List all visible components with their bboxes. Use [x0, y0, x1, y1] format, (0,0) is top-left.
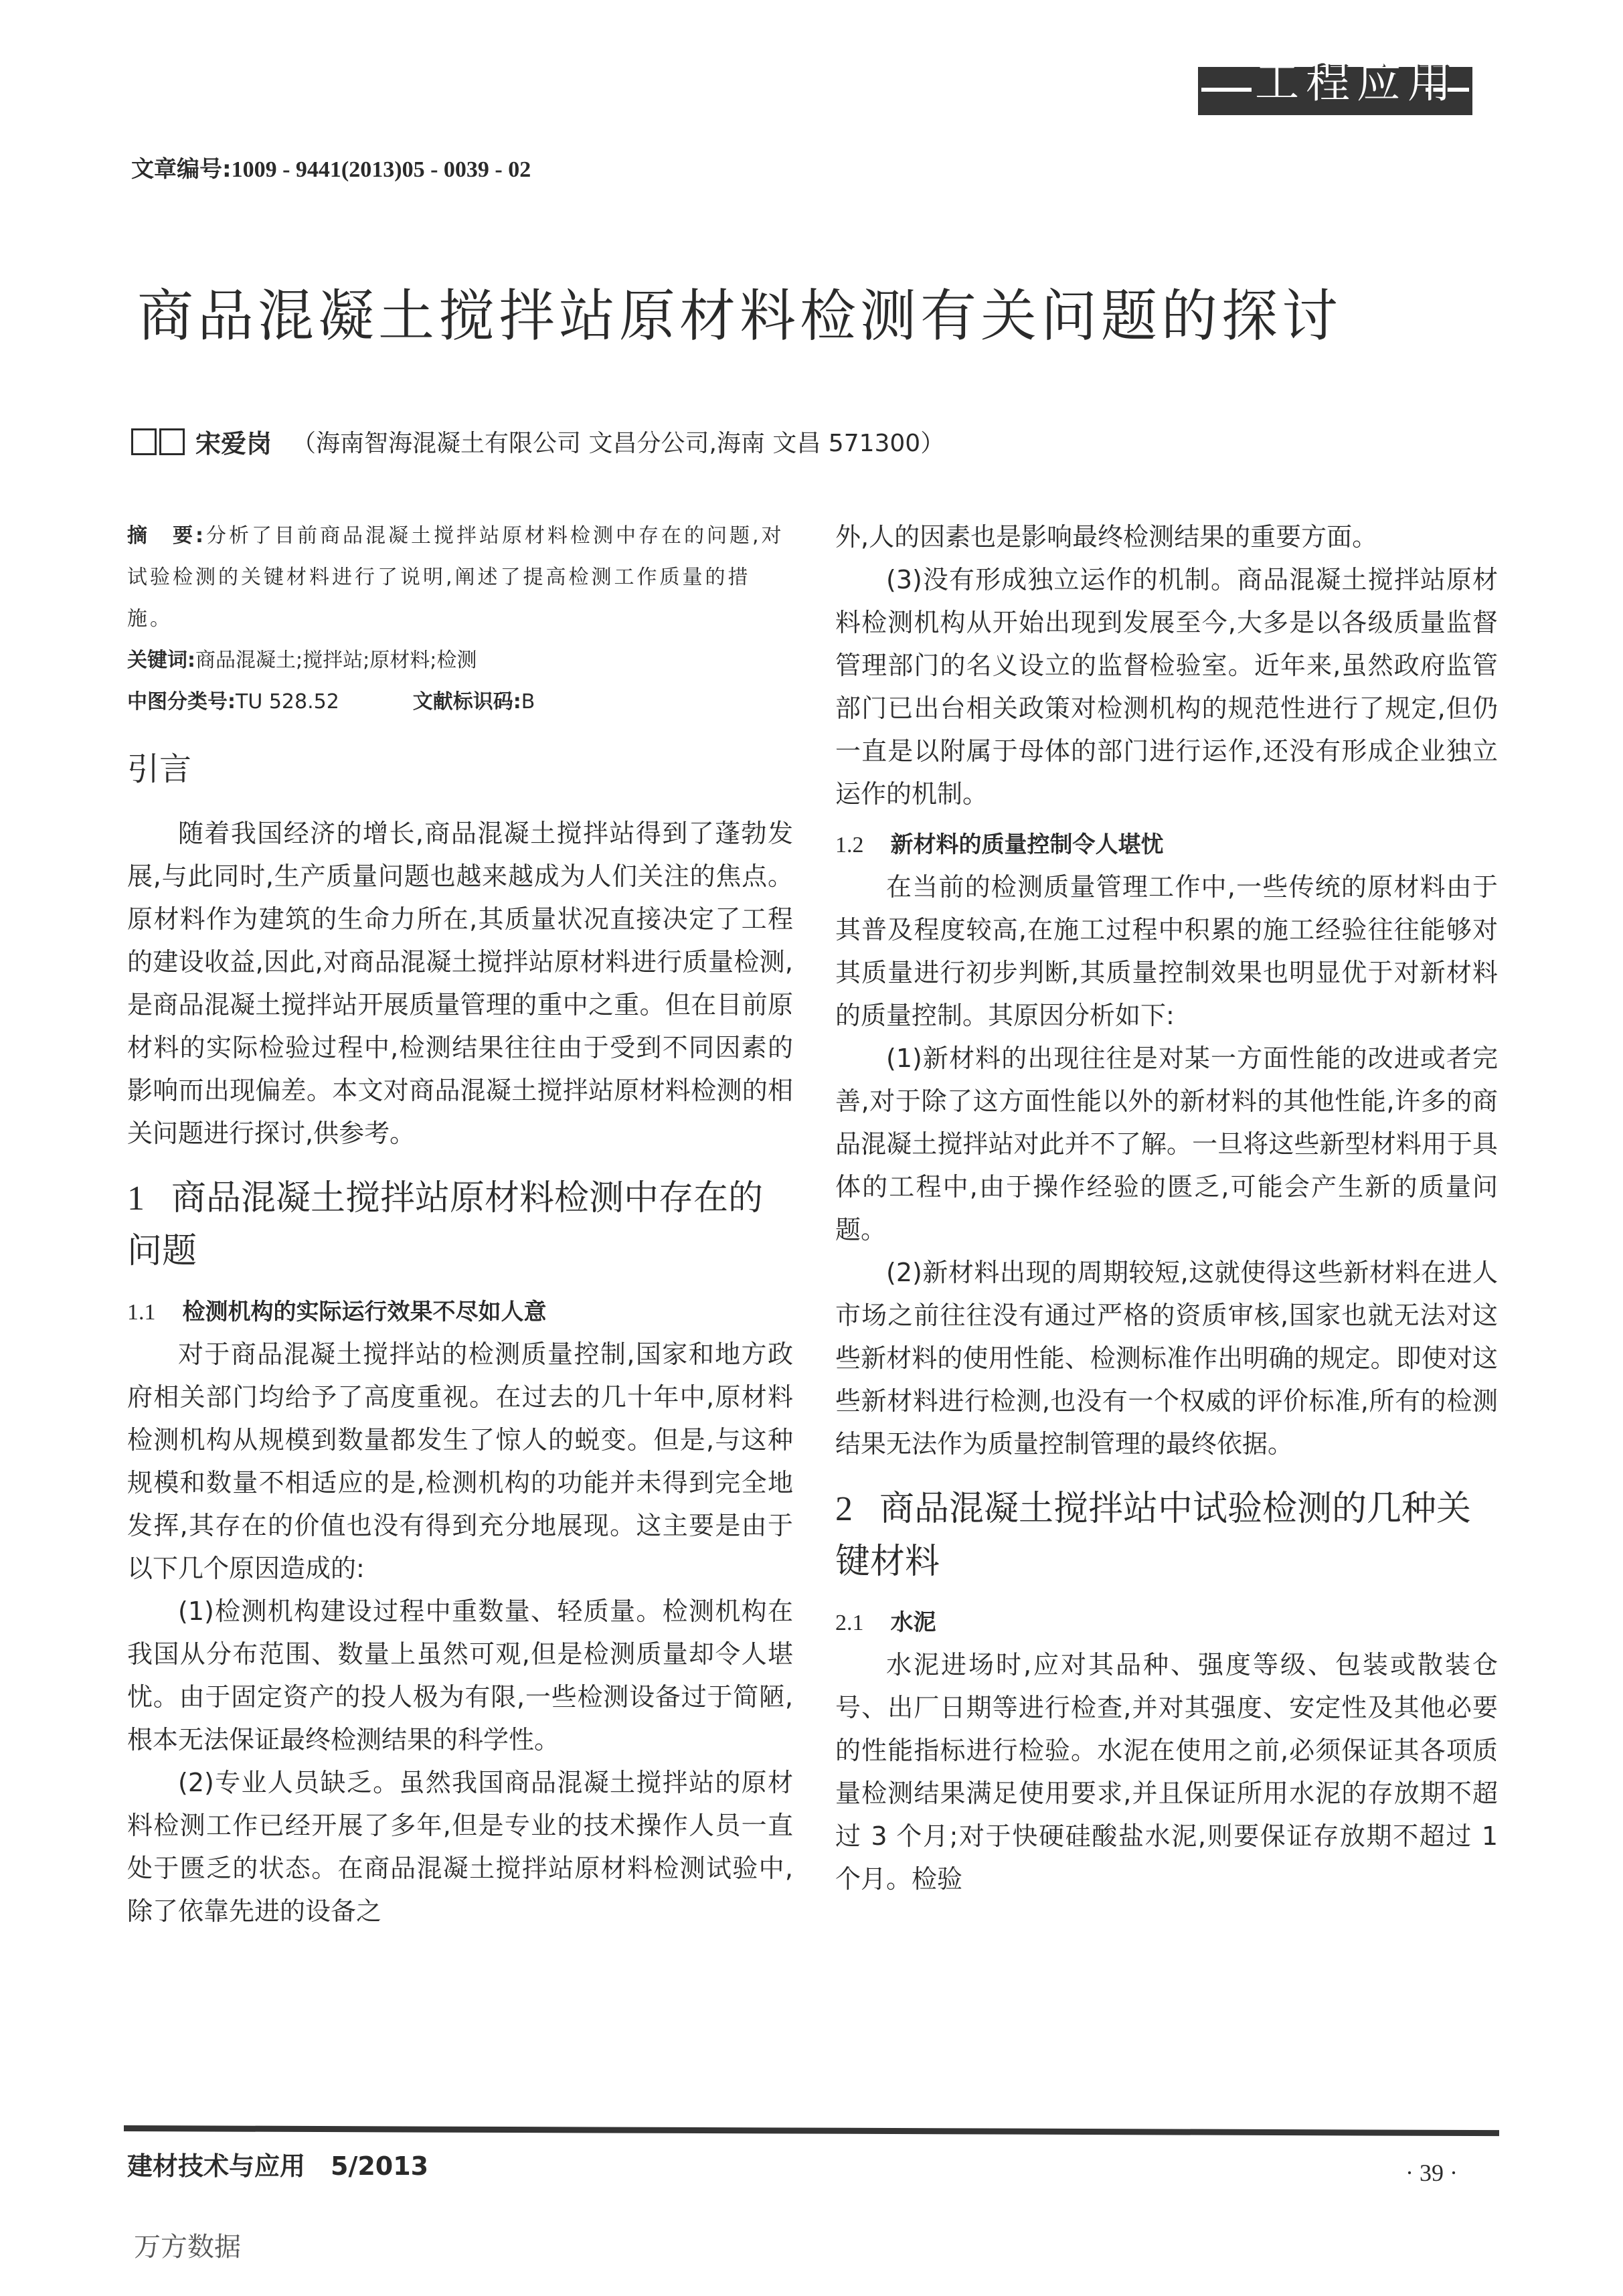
intro-heading: 引言 [127, 743, 793, 789]
journal-name: 建材技术与应用 5/2013 [127, 2145, 428, 2182]
section-1-2-paragraph: 在当前的检测质量管理工作中,一些传统的原材料由于其普及程度较高,在施工过程中积累… [835, 866, 1498, 1037]
author-affiliation: （海南智海混凝土有限公司 文昌分公司,海南 文昌 571300） [292, 424, 944, 459]
classification: 中图分类号:TU 528.52文献标识码:B [127, 681, 793, 723]
footer-rule [124, 2125, 1499, 2136]
banner-rule-left [1201, 88, 1252, 92]
subsection-title: 新材料的质量控制令人堪忧 [891, 831, 1164, 858]
section-1-2-item-1: (1)新材料的出现往往是对某一方面性能的改进或者完善,对于除了这方面性能以外的新… [835, 1037, 1498, 1251]
doc-code-label: 文献标识码: [413, 690, 521, 714]
section-title: 商品混凝土搅拌站原材料检测中存在的问题 [127, 1178, 763, 1271]
list-item-2-continued: 外,人的因素也是影响最终检测结果的重要方面。 [835, 515, 1498, 558]
watermark: 万方数据 [134, 2226, 241, 2264]
section-1-2-heading: 1.2新材料的质量控制令人堪忧 [835, 827, 1498, 863]
clc-label: 中图分类号: [127, 690, 236, 714]
subsection-number: 1.2 [835, 833, 864, 857]
section-1-2-item-2: (2)新材料出现的周期较短,这就使得这些新材料在进人市场之前往往没有通过严格的资… [835, 1251, 1498, 1465]
keywords: 关键词:商品混凝土;搅拌站;原材料;检测 [127, 640, 793, 681]
author-marker-icon [131, 428, 185, 455]
section-1-1-heading: 1.1检测机构的实际运行效果不尽如人意 [127, 1295, 793, 1330]
doc-code-value: B [521, 690, 535, 714]
section-2-heading: 2商品混凝土搅拌站中试验检测的几种关键材料 [835, 1483, 1498, 1588]
article-number-value: 1009 - 9441(2013)05 - 0039 - 02 [232, 157, 531, 182]
article-number-label: 文章编号: [131, 156, 232, 183]
section-2-1-heading: 2.1水泥 [835, 1605, 1498, 1641]
abstract: 摘 要:分析了目前商品混凝土搅拌站原材料检测中存在的问题,对试验检测的关键材料进… [127, 515, 793, 640]
abstract-label: 摘 要: [127, 524, 206, 548]
list-item-2: (2)专业人员缺乏。虽然我国商品混凝土搅拌站的原材料检测工作已经开展了多年,但是… [127, 1761, 793, 1933]
intro-paragraph: 随着我国经济的增长,商品混凝土搅拌站得到了蓬勃发展,与此同时,生产质量问题也越来… [127, 812, 793, 1155]
author-name: 宋爱岗 [195, 423, 272, 460]
right-column: 外,人的因素也是影响最终检测结果的重要方面。 (3)没有形成独立运作的机制。商品… [835, 515, 1498, 1900]
keywords-value: 商品混凝土;搅拌站;原材料;检测 [195, 649, 477, 672]
subsection-title: 水泥 [891, 1609, 936, 1636]
section-number: 1 [127, 1179, 145, 1218]
square-icon [131, 428, 157, 455]
section-banner-label: 工程应用 [1255, 52, 1458, 112]
subsection-number: 2.1 [835, 1611, 864, 1635]
subsection-number: 1.1 [127, 1300, 156, 1325]
page-title: 商品混凝土搅拌站原材料检测有关问题的探讨 [137, 271, 1342, 352]
square-icon [159, 428, 185, 455]
section-2-1-paragraph: 水泥进场时,应对其品种、强度等级、包装或散装仓号、出厂日期等进行检查,并对其强度… [835, 1643, 1498, 1900]
page-number: · 39 · [1405, 2159, 1458, 2187]
keywords-label: 关键词: [127, 649, 195, 672]
byline: 宋爱岗 （海南智海混凝土有限公司 文昌分公司,海南 文昌 571300） [131, 423, 944, 460]
list-item-3: (3)没有形成独立运作的机制。商品混凝土搅拌站原材料检测机构从开始出现到发展至今… [835, 558, 1498, 815]
left-column: 摘 要:分析了目前商品混凝土搅拌站原材料检测中存在的问题,对试验检测的关键材料进… [127, 515, 793, 1933]
subsection-title: 检测机构的实际运行效果不尽如人意 [183, 1299, 547, 1325]
section-title: 商品混凝土搅拌站中试验检测的几种关键材料 [835, 1489, 1471, 1582]
section-1-heading: 1商品混凝土搅拌站原材料检测中存在的问题 [127, 1172, 793, 1277]
list-item-1: (1)检测机构建设过程中重数量、轻质量。检测机构在我国从分布范围、数量上虽然可观… [127, 1590, 793, 1761]
section-1-1-paragraph: 对于商品混凝土搅拌站的检测质量控制,国家和地方政府相关部门均给予了高度重视。在过… [127, 1333, 793, 1590]
section-number: 2 [835, 1490, 853, 1528]
abstract-text: 分析了目前商品混凝土搅拌站原材料检测中存在的问题,对试验检测的关键材料进行了说明… [127, 524, 784, 631]
clc-value: TU 528.52 [236, 690, 339, 714]
article-number: 文章编号:1009 - 9441(2013)05 - 0039 - 02 [131, 151, 531, 183]
